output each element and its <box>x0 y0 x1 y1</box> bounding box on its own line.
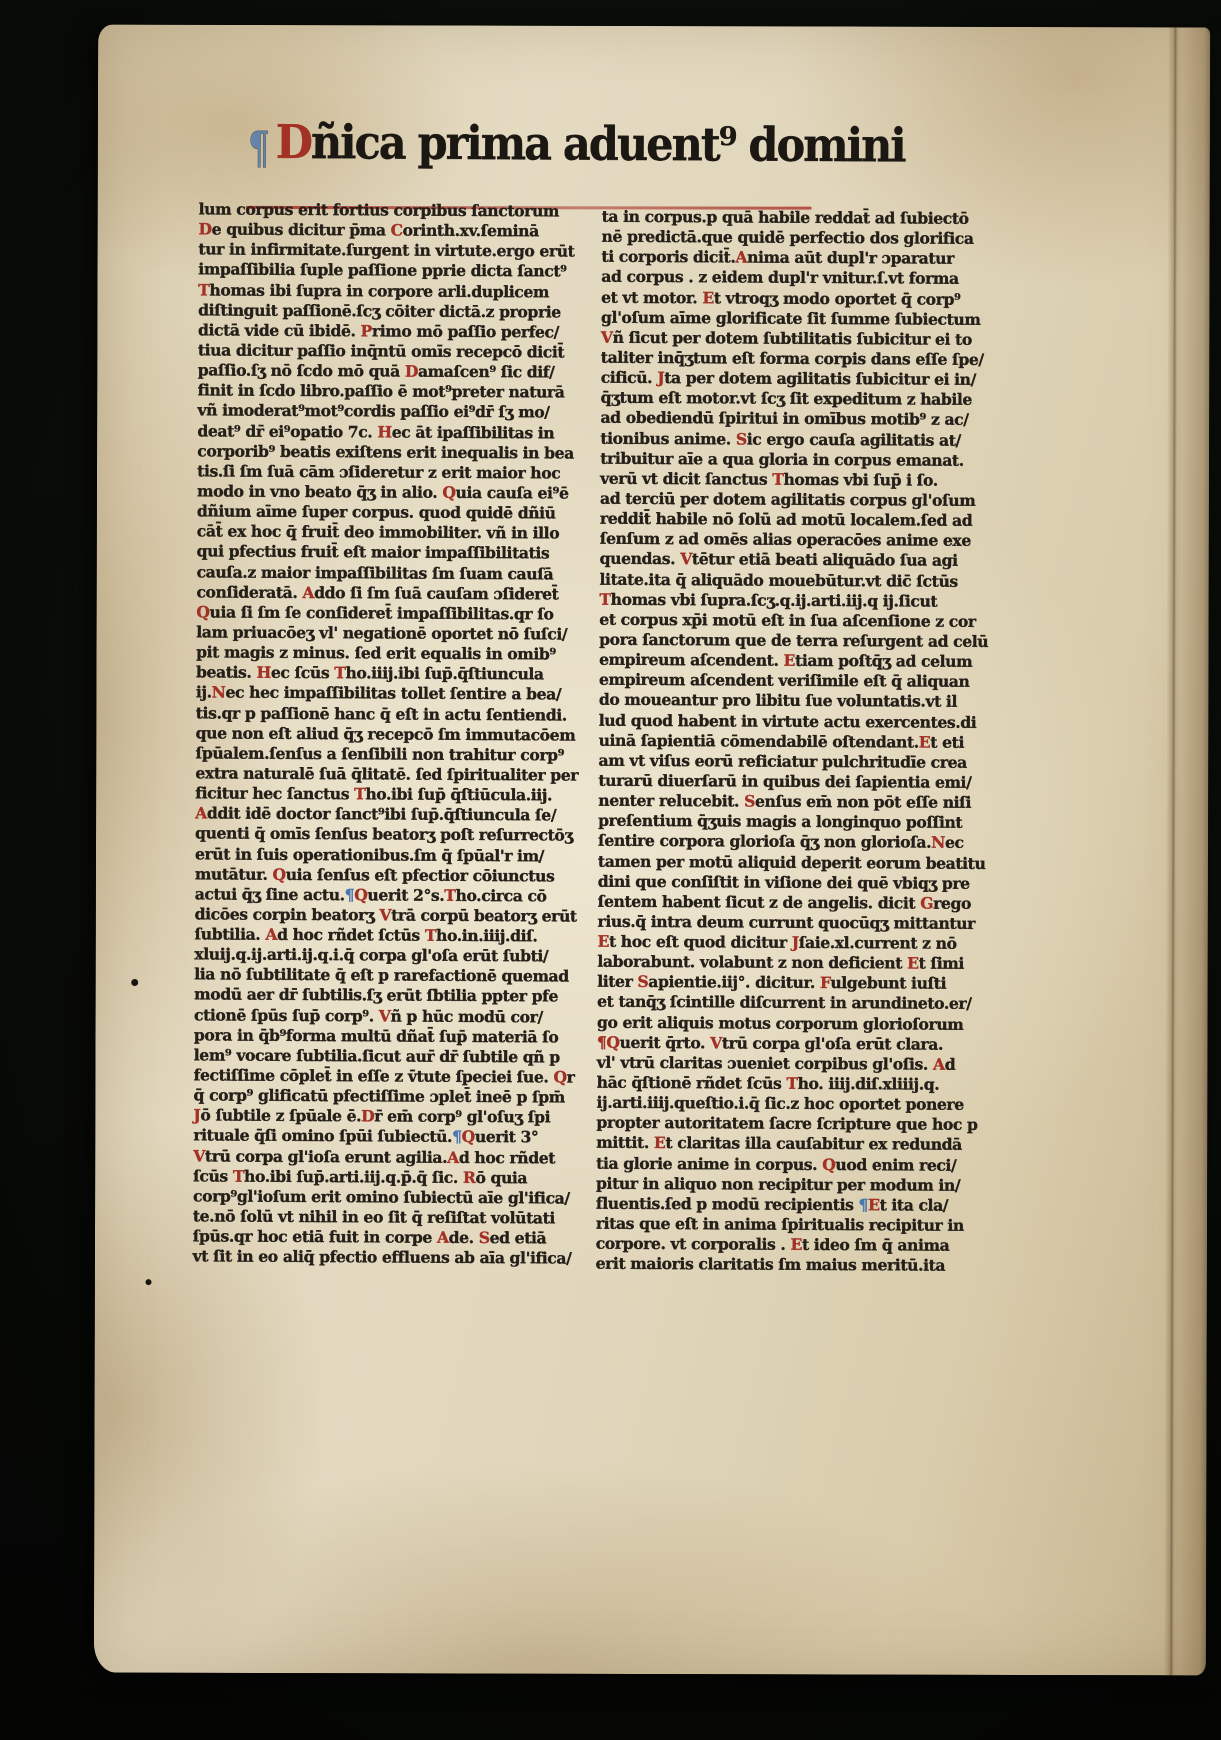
text-line: fectiſſime cōplet̄ in eſſe z v̄tute ſpec… <box>194 1065 592 1087</box>
text-line: ti corporis dicit̄.Anima aūt dupl'r ɔpar… <box>601 247 999 269</box>
text-line: tamen per motū aliquid deperit eorum bea… <box>598 851 996 873</box>
text-line: corpore. vt corporalis . Et ideo ſm q̄ a… <box>596 1234 994 1256</box>
text-line: turarū diuerſarū in quibus dei ſapientia… <box>598 771 996 793</box>
text-line: cāt̄ ex hoc q̄ fruit̄ deo immobiliter. v… <box>197 522 595 544</box>
text-line: ta in corpus.p quā habile reddat̄ ad ſub… <box>602 207 1000 229</box>
text-line: pora in q̄b⁹forma multū dñat̄ ſup̄ mater… <box>194 1025 592 1047</box>
text-line: que non eſt aliud q̄ʒ recepcō ſm immutac… <box>196 723 594 745</box>
text-line: lud quod habent in virtute actu exercent… <box>599 710 997 732</box>
text-line: xluij.q.ij.arti.ij.q.i.q̄ corpa gl'oſa e… <box>194 945 592 967</box>
text-line: conſideratā. Addo ſi ſm ſuā cauſam ɔſide… <box>196 582 594 604</box>
text-line: pora ſanctorum que de terra reſurgent ad… <box>599 630 997 652</box>
text-line: tis.qr p paſſionē hanc q̄ eſt in actu ſe… <box>196 703 594 725</box>
text-column-left: lum corpus erit fortius corpibus ſanctor… <box>193 199 597 1269</box>
text-line: ad obediendū ſpiritui in omībus motib⁹ z… <box>600 408 998 430</box>
text-line: corp⁹gl'ioſum erit omino ſubiectū aīe gl… <box>193 1186 591 1208</box>
text-line: erit maioris claritatis ſm maius meritū.… <box>596 1254 994 1276</box>
text-line: lam priuacōeʒ vl' negationē oportet nō ſ… <box>196 622 594 644</box>
text-line: quendas. Vtētur etiā beati aliquādo ſua … <box>600 549 998 571</box>
text-line: lem⁹ vocare ſubtilia.ſicut aur̄ dr̄ ſubt… <box>194 1045 592 1067</box>
running-title-row: ¶ Dñica prima aduent⁹ domini <box>248 120 928 171</box>
text-line: pit magis z minus. ſed erit equalis in o… <box>196 642 594 664</box>
text-line: hāc q̄ſtionē rñdet ſcūs Tho. iiij.diſ.xl… <box>597 1073 995 1095</box>
text-line: mutātur. Quia ſenſus eſt pfectior cōiunc… <box>195 864 593 886</box>
text-line: ad terciū per dotem agilitatis corpus gl… <box>600 489 998 511</box>
text-line: nenter relucebit. Senſus em̄ non pōt eſſ… <box>598 791 996 813</box>
text-line: extra naturalē ſuā q̄litatē. ſed ſpiritu… <box>195 763 593 785</box>
text-line: tionibus anime. Sic ergo cauſa agilitati… <box>600 428 998 450</box>
text-line: ritas que eſt in anima ſpiritualis recip… <box>596 1214 994 1236</box>
text-line: laborabunt. volabunt z non deficient Et … <box>597 952 995 974</box>
text-line: am vt viſus eorū reficiatur pulchritudīe… <box>598 750 996 772</box>
text-line: De quibus dicitur p̄ma Corinth.xv.ſeminā <box>199 220 597 242</box>
text-line: ſcūs Tho.ibi ſup̄.arti.iij.q.p̄.q̄ ſic. … <box>193 1166 591 1188</box>
text-line: ¶Querit q̄rto. Vtrū corpa gl'oſa erūt cl… <box>597 1032 995 1054</box>
text-line: tia glorie anime in corpus. Quod enim re… <box>596 1153 994 1175</box>
text-line: q̄ corp⁹ glificatū pfectiſſime ɔplet̄ in… <box>194 1086 592 1108</box>
text-line: propter autoritatem ſacre ſcripture que … <box>596 1113 994 1135</box>
text-line: corporib⁹ beatis exiſtens erit inequalis… <box>197 441 595 463</box>
running-title: Dñica prima aduent⁹ domini <box>276 118 905 173</box>
text-line: ſpūalem.ſenſus a ſenſibili non trahitur … <box>195 743 593 765</box>
text-line: mittit. Et claritas illa cauſabitur ex r… <box>596 1133 994 1155</box>
text-line: vñ imoderat⁹mot⁹cordis paſſio ei⁹dr̄ ſʒ … <box>197 401 595 423</box>
text-line: ad corpus . z eidem dupl'r vnitur.ſ.vt f… <box>601 267 999 289</box>
text-line: ij.Nec hec impaſſibilitas tollet ſentire… <box>196 683 594 705</box>
text-line: ctionē ſpūs ſup̄ corp⁹. Vñ p hūc modū co… <box>194 1005 592 1027</box>
text-line: ſpūs.qr hoc etiā fuit in corpe Ade. Sed … <box>193 1227 591 1249</box>
text-line: erūt in ſuis operationibus.ſm q̄ ſpūal'r… <box>195 844 593 866</box>
text-line: rituale q̄ſi omino ſpūi ſubiectū.¶Querit… <box>193 1126 591 1148</box>
text-line: dñium aīme ſuper corpus. quod quidē dñiū <box>197 501 595 523</box>
text-line: te.nō ſolū vt nihil in eo ſit q̄ reſiſta… <box>193 1206 591 1228</box>
text-line: q̄ʒtum eſt motor.vt ſcʒ ſit expeditum z … <box>601 388 999 410</box>
text-line: dicōes corpin beatorʒ Vtrā corpū beatorʒ… <box>195 904 593 926</box>
text-line: modo in vno beato q̄ʒ in alio. Quia cauſ… <box>197 481 595 503</box>
text-line: et vt motor. Et vtroqʒ modo oportet q̄ c… <box>601 287 999 309</box>
text-line: diſtinguit paſſionē.ſcʒ cōiter dictā.z p… <box>198 300 596 322</box>
text-line: taliter inq̄ʒtum eſt forma corpis dans e… <box>601 348 999 370</box>
text-line: Et hoc eſt quod dicitur Jſaie.xl.current… <box>597 932 995 954</box>
text-line: empireum aſcendent veriſimile eſt q̄ ali… <box>599 670 997 692</box>
text-line: vt ſit in eo aliq̄ pfectio effluens ab a… <box>193 1247 591 1269</box>
parchment-page: ¶ Dñica prima aduent⁹ domini lum corpus … <box>94 25 1210 1676</box>
text-line: ſubtilia. Ad hoc rñdet ſctūs Tho.in.iiij… <box>194 924 592 946</box>
text-line: do moueantur pro libitu ſue voluntatis.v… <box>599 690 997 712</box>
text-line: ſenſum z ad omēs alias operacōes anime e… <box>600 529 998 551</box>
text-line: actui q̄ʒ ſine actu.¶Querit 2°s.Tho.circ… <box>195 884 593 906</box>
text-line: ficitur hec ſanctus Tho.ibi ſup̄ q̄ſtiūc… <box>195 783 593 805</box>
text-line: ſentire corpora glorioſa q̄ʒ non glorioſ… <box>598 831 996 853</box>
text-line: uinā ſapientiā cōmendabilē oſtendant.Et … <box>599 730 997 752</box>
text-line: rius.q̄ intra deum currunt quocūqʒ mitta… <box>598 912 996 934</box>
photograph-of-incunable-page: { "meta": { "description": "Scanned page… <box>0 0 1221 1740</box>
text-line: dini que conſiſtit in viſione dei quē vb… <box>598 871 996 893</box>
text-line: impaſſibilia ſuple paſſione pprie dicta … <box>198 260 596 282</box>
text-line: dictā vide cū ibidē. Primo mō paſſio per… <box>198 320 596 342</box>
text-line: beatis. Hec ſcūs Tho.iiij.ibi ſup̄.q̄ſti… <box>196 663 594 685</box>
text-line: pitur in aliquo non recipitur per modum … <box>596 1173 994 1195</box>
blue-paraph-icon: ¶ <box>248 127 270 171</box>
text-line: et corpus xp̄i motū eſt in ſua aſcenſion… <box>599 610 997 632</box>
text-line: deat⁹ dr̄ ei⁹opatio 7c. Hec āt ipaſſibil… <box>197 421 595 443</box>
text-line: tis.ſi ſm ſuā cām ɔſideretur z erit maio… <box>197 461 595 483</box>
margin-dot-lower <box>145 1279 151 1285</box>
text-line: et tanq̄ʒ ſcintille diſcurrent in arundi… <box>597 992 995 1014</box>
text-line: modū aer dr̄ ſubtilis.ſʒ erūt ſbtilia pp… <box>194 985 592 1007</box>
text-line: qui pfectius fruit̄ eſt maior impaſſibil… <box>197 542 595 564</box>
text-column-right: ta in corpus.p quā habile reddat̄ ad ſub… <box>596 207 1000 1277</box>
text-line: tribuitur aīe a qua gloria in corpus ema… <box>600 448 998 470</box>
text-line: liter Sapientie.iij°. dicitur. Fulgebunt… <box>597 972 995 994</box>
text-line: reddit̄ habile nō ſolū ad motū localem.ſ… <box>600 509 998 531</box>
text-line: paſſio.ſʒ nō ſcdo mō quā Damaſcen⁹ ſic d… <box>198 361 596 383</box>
text-line: vl' vtrū claritas ɔueniet corpibus gl'oſ… <box>597 1053 995 1075</box>
text-line: quenti q̄ omīs ſenſus beatorʒ poſt reſur… <box>195 824 593 846</box>
text-line: ij.arti.iiij.queſtio.i.q̄ ſic.z hoc opor… <box>596 1093 994 1115</box>
text-line: nē predictā.que quidē perfectio dos glor… <box>601 227 999 249</box>
text-line: cauſa.z maior impaſſibilitas ſm ſuam cau… <box>197 562 595 584</box>
text-line: Thomas ibi ſupra in corpore arli.duplice… <box>198 280 596 302</box>
text-line: ſentem habent ſicut z de angelis. dicit … <box>598 891 996 913</box>
text-line: fluentis.ſed p modū recipientis ¶Et ita … <box>596 1194 994 1216</box>
text-line: Thomas vbi ſupra.ſcʒ.q.ij.arti.iij.q ij.… <box>599 589 997 611</box>
text-line: Jō ſubtile z ſpūale ē.Dr̄ em̄ corp⁹ gl'o… <box>193 1106 591 1128</box>
text-line: finit in ſcdo libro.paſſio ē mot⁹preter … <box>198 381 596 403</box>
text-line: Quia ſi ſm ſe conſideret̄ impaſſibilitas… <box>196 602 594 624</box>
text-line: lum corpus erit fortius corpibus ſanctor… <box>199 199 597 221</box>
text-line: verū vt dicit ſanctus Thomas vbi ſup̄ i … <box>600 469 998 491</box>
text-line: go erit aliquis motus corporum glorioſor… <box>597 1012 995 1034</box>
text-line: Addit idē doctor ſanct⁹ibi ſup̄.q̄ſtiunc… <box>195 804 593 826</box>
text-line: lia nō ſubtilitate q̄ eſt p rarefactionē… <box>194 965 592 987</box>
text-line: tiua dicitur paſſio inq̄ntū omīs recepcō… <box>198 340 596 362</box>
text-line: empireum aſcendent. Etiam poſtq̄ʒ ad cel… <box>599 650 997 672</box>
margin-dot-upper <box>131 979 138 986</box>
text-line: litate.ita q̄ aliquādo mouebūtur.vt dic̄… <box>600 569 998 591</box>
text-line: cificū. Jta per dotem agilitatis ſubicit… <box>601 368 999 390</box>
text-line: preſentium q̄ʒuis magis a longinquo poſſ… <box>598 811 996 833</box>
text-line: Vtrū corpa gl'ioſa erunt agilia.Ad hoc r… <box>193 1146 591 1168</box>
page-content: ¶ Dñica prima aduent⁹ domini lum corpus … <box>91 23 1212 1677</box>
text-line: tur in infirmitate.ſurgent in virtute.er… <box>198 240 596 262</box>
text-line: gl'oſum aīme glorificate ſit ſumme ſubie… <box>601 307 999 329</box>
text-line: Vñ ſicut per dotem ſubtilitatis ſubicitu… <box>601 328 999 350</box>
